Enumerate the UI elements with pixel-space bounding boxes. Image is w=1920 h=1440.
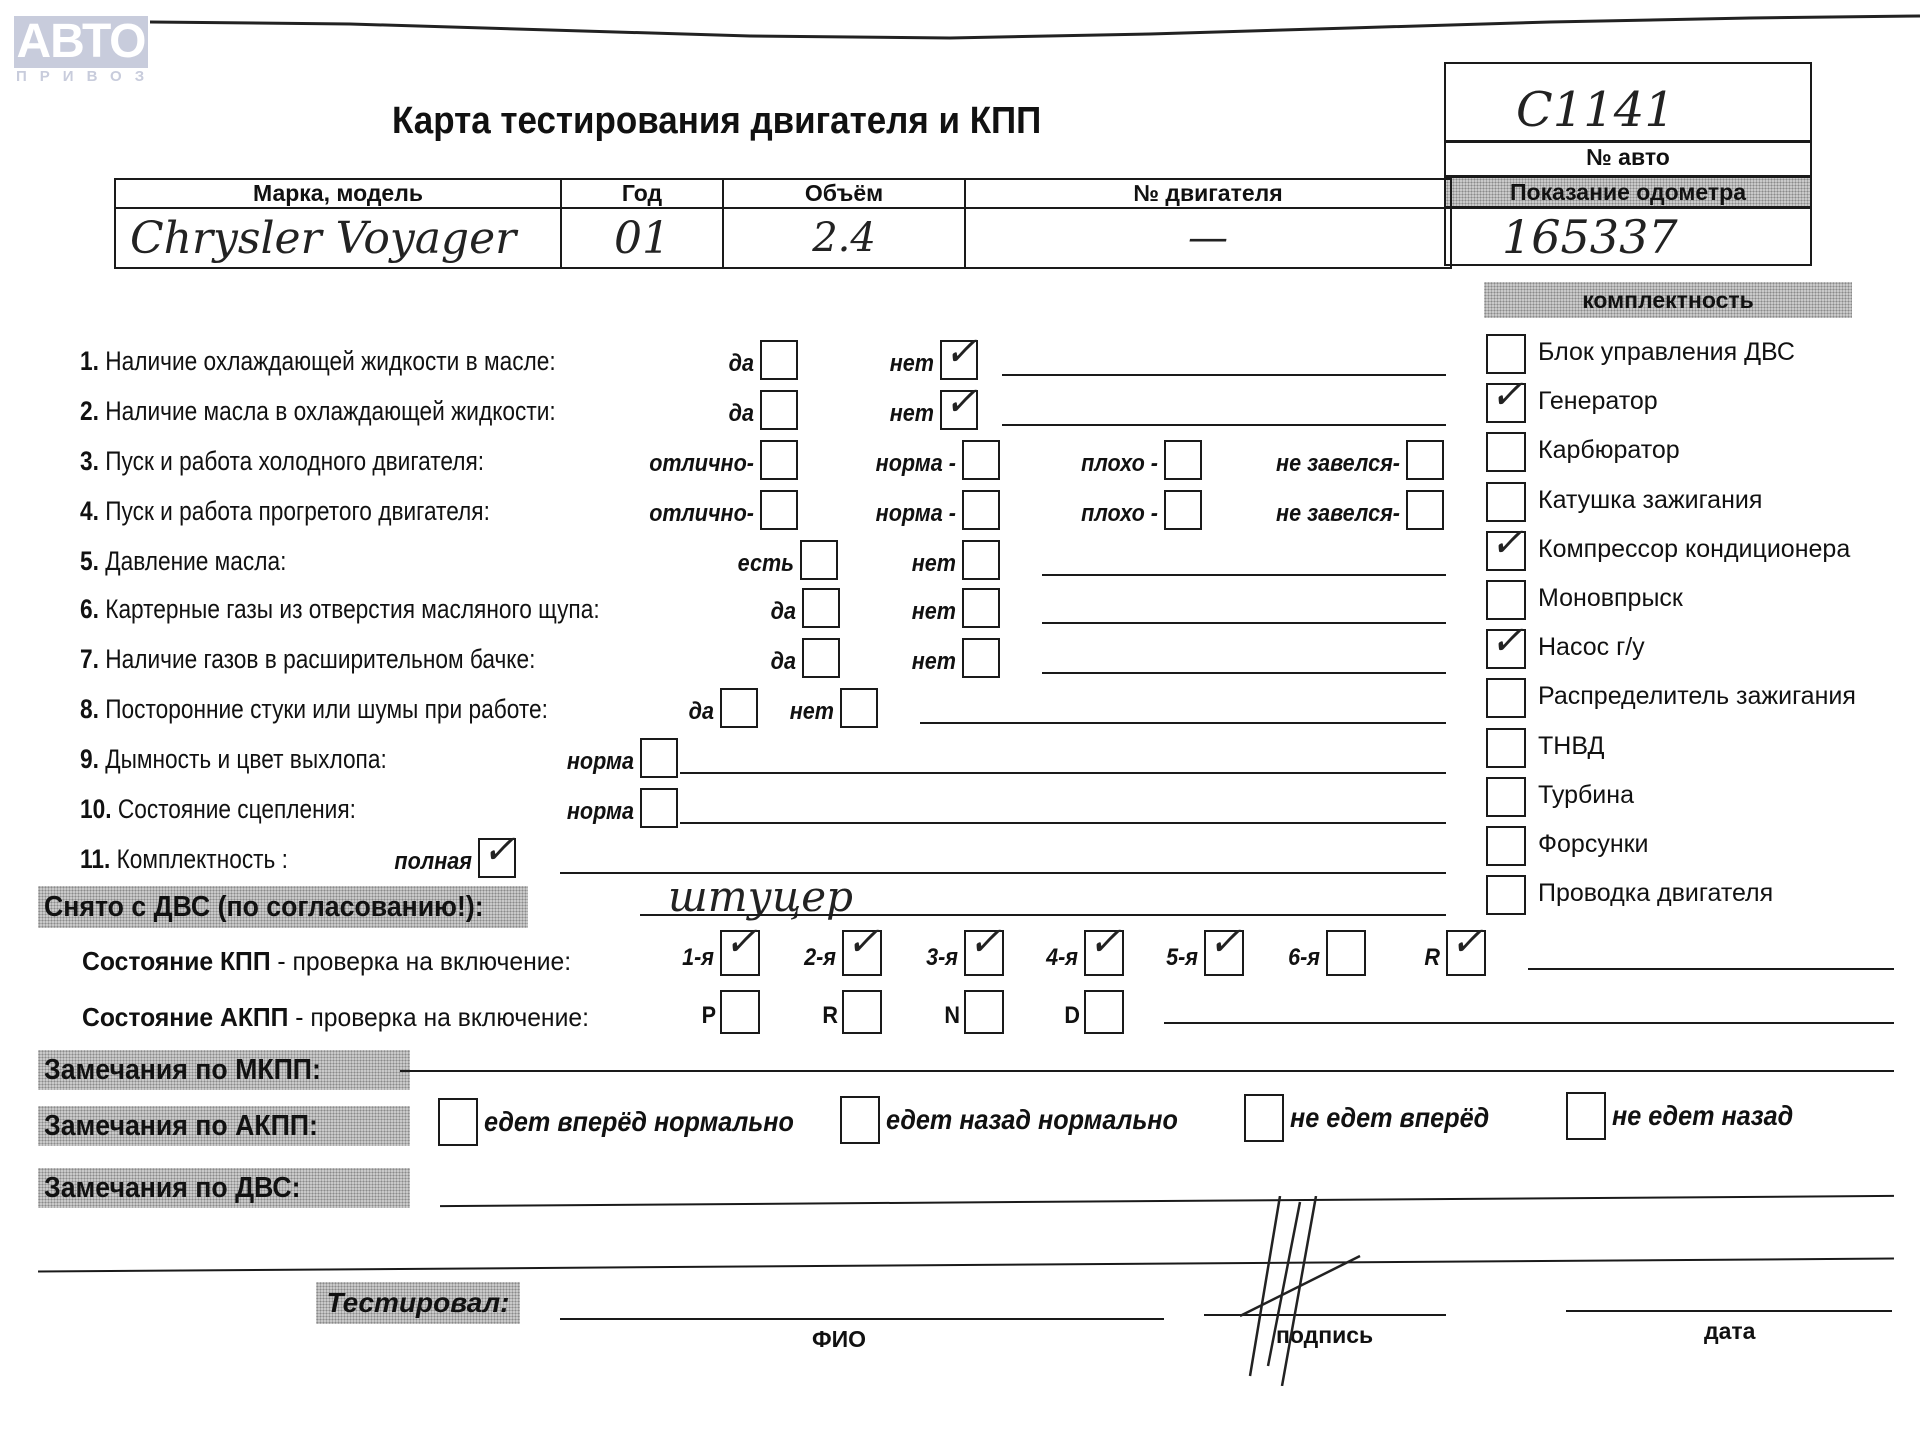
signature-scribble [1220, 1196, 1380, 1386]
akpp-remark-checkbox-2[interactable] [840, 1096, 880, 1144]
option-label: плохо - [978, 500, 1158, 528]
odometer-value[interactable]: 165337 [1502, 210, 1678, 264]
option-label: плохо - [978, 450, 1158, 478]
komplektnost-item-label: Моновпрыск [1538, 584, 1683, 613]
col-volume: Объём [723, 179, 965, 208]
checkbox-7-2[interactable] [962, 638, 1000, 678]
komplektnost-title: комплектность [1484, 282, 1852, 318]
notes-line-7[interactable] [1042, 672, 1446, 674]
checkbox-8-2[interactable] [840, 688, 878, 728]
tested-label: Тестировал: [316, 1282, 520, 1324]
checklist-item-2: 2. Наличие масла в охлаждающей жидкости: [80, 396, 556, 427]
komplektnost-item-label: Форсунки [1538, 830, 1649, 859]
odometer-label: Показание одометра [1446, 178, 1810, 206]
gear-checkbox-5-я[interactable]: ✓ [1204, 930, 1244, 976]
akpp-remark-checkbox-3[interactable] [1244, 1094, 1284, 1142]
option-label: норма - [776, 450, 956, 478]
komplektnost-item-label: Катушка зажигания [1538, 486, 1762, 515]
gear-checkbox-R[interactable]: ✓ [1446, 930, 1486, 976]
komplektnost-checkbox-8[interactable] [1486, 678, 1526, 718]
komplektnost-checkbox-2[interactable]: ✓ [1486, 383, 1526, 423]
removed-section-label: Снято с ДВС (по согласованию!): [38, 886, 528, 928]
checkbox-4-3[interactable] [1164, 490, 1202, 530]
gear-checkbox-1-я[interactable]: ✓ [720, 930, 760, 976]
checklist-item-9: 9. Дымность и цвет выхлопа: [80, 744, 387, 775]
option-label: да [616, 598, 796, 626]
option-label: нет [776, 648, 956, 676]
gear-label: 6-я [1248, 944, 1320, 972]
vehicle-info-table: Марка, модель Год Объём № двигателя Chry… [114, 178, 1452, 269]
akpp-mode-label: P [680, 1002, 716, 1030]
notes-line-1[interactable] [1002, 374, 1446, 376]
komplektnost-item-label: Генератор [1538, 387, 1658, 416]
gear-label: 4-я [1006, 944, 1078, 972]
option-label: не завелся- [1220, 500, 1400, 528]
komplektnost-checkbox-3[interactable] [1486, 432, 1526, 472]
torn-edge [150, 14, 1920, 44]
akpp-remark-checkbox-1[interactable] [438, 1098, 478, 1146]
option-label: норма - [776, 500, 956, 528]
checkmark-icon: ✓ [482, 830, 516, 870]
notes-line-5[interactable] [1042, 574, 1446, 576]
checkbox-5-2[interactable] [962, 540, 1000, 580]
komplektnost-item-label: Блок управления ДВС [1538, 338, 1795, 367]
option-label: отлично- [574, 500, 754, 528]
gear-checkbox-6-я[interactable] [1326, 930, 1366, 976]
gear-label: 3-я [886, 944, 958, 972]
checkbox-3-4[interactable] [1406, 440, 1444, 480]
gear-checkbox-4-я[interactable]: ✓ [1084, 930, 1124, 976]
notes-line-6[interactable] [1042, 622, 1446, 624]
akpp-remark-label: не едет вперёд [1290, 1102, 1489, 1134]
volume-value[interactable]: 2.4 [723, 208, 965, 268]
fio-line[interactable] [560, 1318, 1164, 1320]
option-label: нет [776, 550, 956, 578]
checkmark-icon: ✓ [724, 922, 758, 962]
checkmark-icon: ✓ [944, 382, 978, 422]
komplektnost-checkbox-12[interactable] [1486, 875, 1526, 915]
checkbox-2-2[interactable]: ✓ [940, 390, 978, 430]
checkmark-icon: ✓ [1490, 375, 1524, 415]
engine-number-value[interactable]: — [965, 208, 1451, 268]
car-number-box: C1141 № авто Показание одометра 165337 [1444, 62, 1812, 266]
komplektnost-item-label: ТНВД [1538, 732, 1604, 761]
option-label: отлично- [574, 450, 754, 478]
komplektnost-item-label: Компрессор кондиционера [1538, 535, 1850, 564]
komplektnost-checkbox-9[interactable] [1486, 728, 1526, 768]
checkbox-4-4[interactable] [1406, 490, 1444, 530]
komplektnost-checkbox-1[interactable] [1486, 334, 1526, 374]
remarks-mkpp-label: Замечания по МКПП: [38, 1050, 410, 1090]
option-label: полная [292, 848, 472, 876]
watermark-logo: АВТО [14, 16, 148, 68]
komplektnost-item-label: Проводка двигателя [1538, 879, 1773, 908]
akpp-mode-label: D [1044, 1002, 1080, 1030]
option-label: не завелся- [1220, 450, 1400, 478]
checklist-item-4: 4. Пуск и работа прогретого двигателя: [80, 496, 490, 527]
notes-line-8[interactable] [920, 722, 1446, 724]
checkmark-icon: ✓ [1490, 621, 1524, 661]
komplektnost-checkbox-11[interactable] [1486, 826, 1526, 866]
akpp-checkbox-R[interactable] [842, 990, 882, 1034]
car-number-value[interactable]: C1141 [1516, 82, 1675, 138]
akpp-line [1164, 1022, 1894, 1024]
gear-label: 5-я [1126, 944, 1198, 972]
remarks-dvs-line-1 [440, 1195, 1894, 1207]
option-label: нет [654, 698, 834, 726]
checklist-item-8: 8. Посторонние стуки или шумы при работе… [80, 694, 548, 725]
fio-caption: ФИО [812, 1326, 866, 1353]
checkmark-icon: ✓ [1450, 922, 1484, 962]
date-line[interactable] [1566, 1310, 1892, 1312]
remarks-dvs-line-2 [38, 1258, 1894, 1273]
notes-line-10[interactable] [680, 822, 1446, 824]
akpp-remark-label: едет назад нормально [886, 1104, 1178, 1136]
checklist-item-1: 1. Наличие охлаждающей жидкости в масле: [80, 346, 556, 377]
option-label: нет [754, 400, 934, 428]
checklist-item-7: 7. Наличие газов в расширительном бачке: [80, 644, 535, 675]
remarks-mkpp-line [400, 1070, 1894, 1072]
gear-checkbox-2-я[interactable]: ✓ [842, 930, 882, 976]
page-title: Карта тестирования двигателя и КПП [392, 100, 1041, 143]
option-label: да [616, 648, 796, 676]
akpp-checkbox-N[interactable] [964, 990, 1004, 1034]
checkbox-10-1[interactable] [640, 788, 678, 828]
akpp-remark-label: едет вперёд нормально [484, 1106, 794, 1138]
akpp-remark-checkbox-4[interactable] [1566, 1092, 1606, 1140]
col-year: Год [561, 179, 723, 208]
komplektnost-item-label: Карбюратор [1538, 436, 1680, 465]
komplektnost-item-label: Распределитель зажигания [1538, 682, 1856, 711]
checkmark-icon: ✓ [1208, 922, 1242, 962]
komplektnost-checkbox-7[interactable]: ✓ [1486, 629, 1526, 669]
akpp-checkbox-D[interactable] [1084, 990, 1124, 1034]
col-engine-number: № двигателя [965, 179, 1451, 208]
gear-label: R [1368, 944, 1440, 972]
option-label: норма [454, 798, 634, 826]
kpp-label: Состояние КПП - проверка на включение: [82, 946, 571, 977]
akpp-label: Состояние АКПП - проверка на включение: [82, 1002, 589, 1033]
checkbox-9-1[interactable] [640, 738, 678, 778]
checkmark-icon: ✓ [968, 922, 1002, 962]
komplektnost-checkbox-5[interactable]: ✓ [1486, 531, 1526, 571]
watermark-subtitle: ПРИВОЗ [16, 68, 157, 85]
checkbox-11-1[interactable]: ✓ [478, 838, 516, 878]
notes-line-9[interactable] [680, 772, 1446, 774]
checklist-item-10: 10. Состояние сцепления: [80, 794, 356, 825]
checklist-item-3: 3. Пуск и работа холодного двигателя: [80, 446, 484, 477]
option-label: норма [454, 748, 634, 776]
option-label: нет [754, 350, 934, 378]
car-number-label: № авто [1446, 144, 1810, 171]
gear-label: 2-я [764, 944, 836, 972]
komplektnost-item-label: Турбина [1538, 781, 1634, 810]
kpp-line [1528, 968, 1894, 970]
komplektnost-checkbox-4[interactable] [1486, 482, 1526, 522]
checkmark-icon: ✓ [944, 332, 978, 372]
checklist-item-11: 11. Комплектность : [80, 844, 288, 875]
gear-label: 1-я [642, 944, 714, 972]
col-make-model: Марка, модель [115, 179, 561, 208]
komplektnost-checkbox-6[interactable] [1486, 580, 1526, 620]
checklist-item-5: 5. Давление масла: [80, 546, 286, 577]
make-model-value[interactable]: Chrysler Voyager [115, 208, 561, 268]
komplektnost-item-label: Насос г/у [1538, 633, 1645, 662]
notes-line-2[interactable] [1002, 424, 1446, 426]
komplektnost-checkbox-10[interactable] [1486, 777, 1526, 817]
checkmark-icon: ✓ [846, 922, 880, 962]
akpp-mode-label: N [924, 1002, 960, 1030]
option-label: есть [614, 550, 794, 578]
checkmark-icon: ✓ [1088, 922, 1122, 962]
checkbox-1-2[interactable]: ✓ [940, 340, 978, 380]
gear-checkbox-3-я[interactable]: ✓ [964, 930, 1004, 976]
checkmark-icon: ✓ [1490, 523, 1524, 563]
akpp-remark-label: не едет назад [1612, 1100, 1793, 1132]
date-caption: дата [1704, 1318, 1755, 1345]
remarks-akpp-label: Замечания по АКПП: [38, 1106, 410, 1146]
year-value[interactable]: 01 [561, 208, 723, 268]
checkbox-3-3[interactable] [1164, 440, 1202, 480]
option-label: да [574, 400, 754, 428]
checklist-item-6: 6. Картерные газы из отверстия масляного… [80, 594, 600, 625]
akpp-checkbox-P[interactable] [720, 990, 760, 1034]
removed-line [640, 914, 1446, 916]
option-label: нет [776, 598, 956, 626]
remarks-dvs-label: Замечания по ДВС: [38, 1168, 410, 1208]
option-label: да [574, 350, 754, 378]
akpp-mode-label: R [802, 1002, 838, 1030]
checkbox-6-2[interactable] [962, 588, 1000, 628]
